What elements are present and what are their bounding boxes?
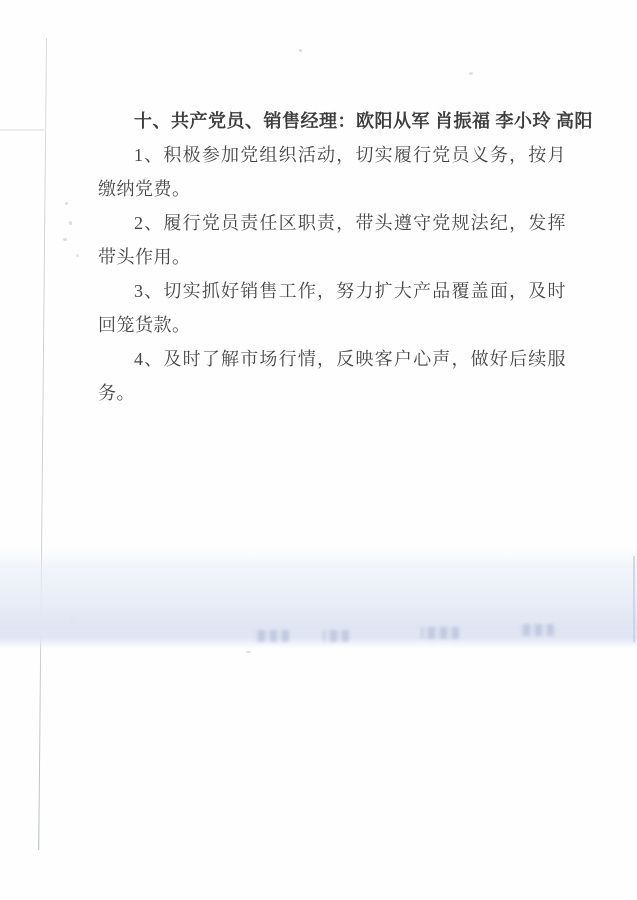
list-item: 1、积极参加党组织活动，切实履行党员义务，按月缴纳党费。 xyxy=(98,138,566,206)
list-item: 2、履行党员责任区职责，带头遵守党规法纪，发挥带头作用。 xyxy=(98,206,566,274)
scan-crease-line xyxy=(38,38,47,850)
document-body: 十、共产党员、销售经理：欧阳从军 肖振福 李小玲 高阳 1、积极参加党组织活动，… xyxy=(98,104,566,410)
bleed-through-mark xyxy=(323,630,349,642)
scan-speck xyxy=(69,221,72,225)
scan-speck xyxy=(65,202,68,205)
section-heading: 十、共产党员、销售经理：欧阳从军 肖振福 李小玲 高阳 xyxy=(98,104,566,138)
scanned-document-page: 十、共产党员、销售经理：欧阳从军 肖振福 李小玲 高阳 1、积极参加党组织活动，… xyxy=(0,0,637,900)
bleed-band-edge xyxy=(633,556,635,642)
list-item: 3、切实抓好销售工作，努力扩大产品覆盖面，及时回笼货款。 xyxy=(98,274,566,342)
scan-speck xyxy=(469,72,473,75)
bleed-through-mark xyxy=(421,627,459,639)
list-item: 4、及时了解市场行情，反映客户心声，做好后续服务。 xyxy=(98,342,566,410)
scan-speck xyxy=(63,238,67,241)
scan-speck xyxy=(299,49,302,52)
bleed-through-mark xyxy=(520,624,554,636)
scan-streak xyxy=(0,129,46,131)
bleed-through-mark xyxy=(253,630,289,642)
bleed-through-band xyxy=(0,548,637,650)
scan-speck xyxy=(76,254,79,257)
scan-speck xyxy=(246,651,251,653)
